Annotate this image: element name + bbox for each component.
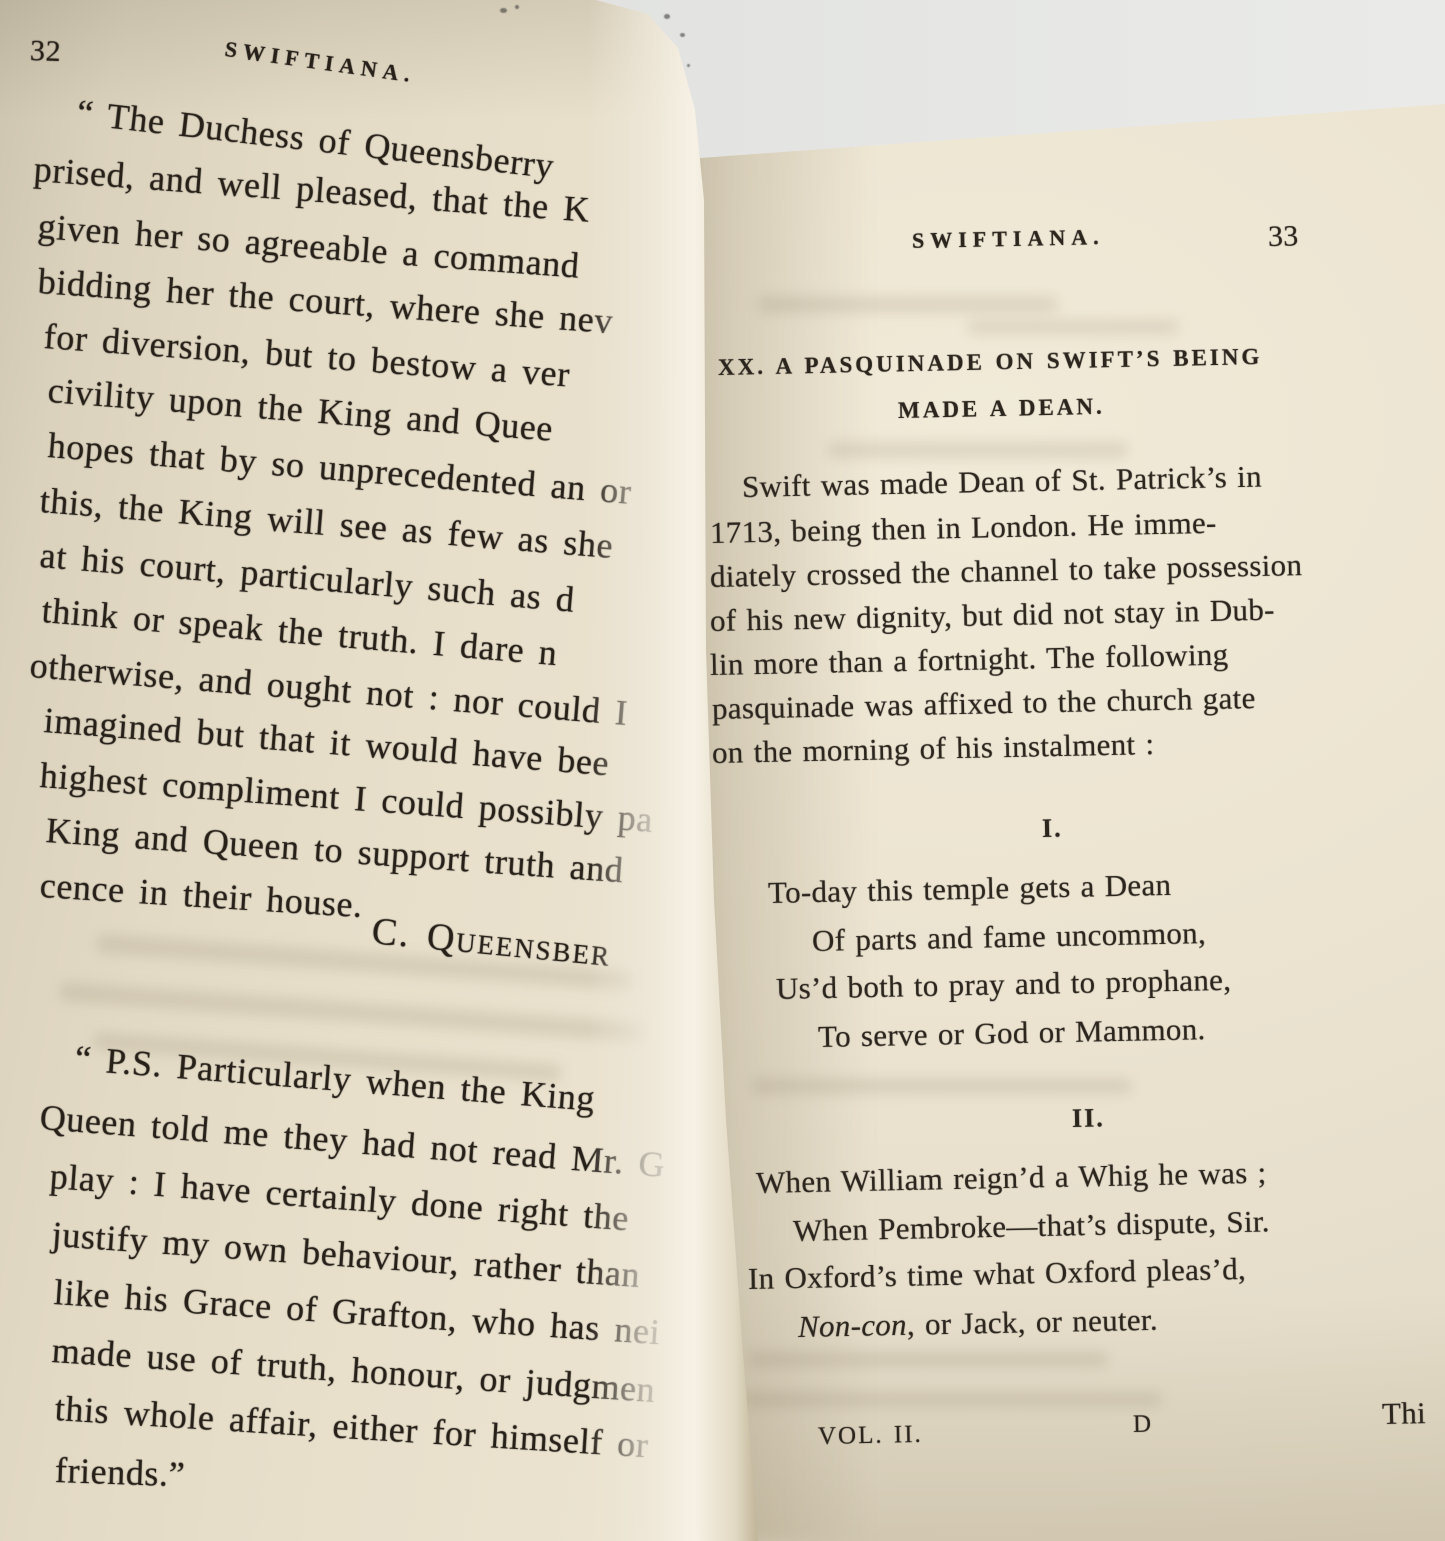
poem-line: In Oxford’s time what Oxford pleas’d, (748, 1253, 1247, 1294)
poem-line: When Pembroke—that’s dispute, Sir. (793, 1205, 1270, 1246)
show-through-mark (758, 296, 1058, 313)
show-through-mark (968, 320, 1178, 334)
paragraph-line: on the morning of his instalment : (712, 728, 1155, 768)
right-running-header: SWIFTIANA. (912, 226, 1105, 252)
paragraph-line: Swift was made Dean of St. Patrick’s in (742, 461, 1262, 502)
paragraph-line: pasquinade was affixed to the church gat… (712, 682, 1256, 724)
show-through-mark (752, 1078, 1132, 1094)
dust-speck (500, 8, 507, 13)
left-page-number: 32 (29, 36, 61, 67)
volume-label: VOL. II. (818, 1422, 923, 1449)
stanza-1-numeral: I. (1042, 816, 1063, 842)
poem-line: To serve or God or Mammon. (818, 1013, 1206, 1052)
dust-speck (515, 5, 519, 9)
signature-mark: D (1133, 1412, 1154, 1437)
catchword: Thi (1382, 1397, 1427, 1429)
poem-line: To-day this temple gets a Dean (768, 869, 1172, 908)
poem-line-rest: , or Jack, or neuter. (906, 1302, 1158, 1342)
poem-line: Of parts and fame uncommon, (812, 917, 1207, 956)
open-book-photo: SWIFTIANA. 33 XX. A PASQUINADE ON SWIFT’… (0, 0, 1445, 1541)
dust-speck (680, 33, 685, 37)
dust-speck (687, 64, 690, 67)
show-through-mark (828, 442, 1128, 458)
right-page-number: 33 (1268, 221, 1299, 252)
paragraph-line: 1713, being then in London. He imme- (710, 507, 1217, 548)
show-through-mark (58, 981, 648, 1042)
paragraph-line: lin more than a fortnight. The following (710, 639, 1229, 680)
poem-italic-word: Non-con (798, 1307, 908, 1344)
poem-line: Non-con, or Jack, or neuter. (798, 1304, 1158, 1342)
left-page: 32 SWIFTIANA. “ The Duchess of Queensber… (0, 0, 772, 1541)
stanza-2-numeral: II. (1072, 1105, 1105, 1132)
show-through-mark (742, 1392, 1162, 1407)
poem-line: When William reign’d a Whig he was ; (756, 1157, 1267, 1198)
dust-speck (664, 14, 670, 19)
section-heading-line2: MADE A DEAN. (898, 395, 1105, 422)
show-through-mark (748, 1352, 1108, 1367)
ps-line: friends.” (54, 1452, 186, 1493)
letter-line: cence in their house. (39, 867, 364, 923)
poem-line: Us’d both to pray and to prophane, (776, 964, 1232, 1004)
